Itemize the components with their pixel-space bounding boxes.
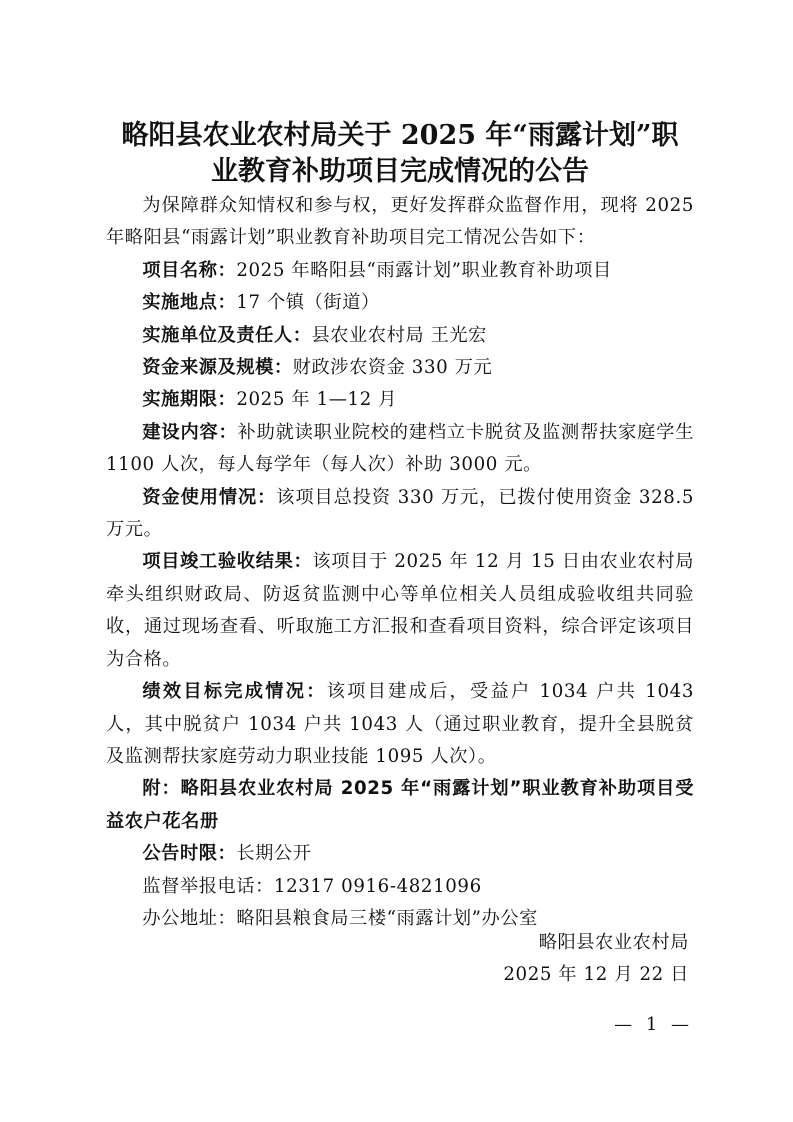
- field-value: 2025 年略阳县“雨露计划”职业教育补助项目: [236, 260, 611, 281]
- field-period: 实施期限：2025 年 1—12 月: [106, 384, 694, 416]
- signature-date: 2025 年 12 月 22 日: [399, 960, 689, 986]
- field-label: 建设内容：: [142, 422, 237, 443]
- document-body: 为保障群众知情权和参与权，更好发挥群众监督作用，现将 2025 年略阳县“雨露计…: [106, 190, 694, 935]
- field-value: 长期公开: [236, 843, 311, 864]
- field-value: 财政涉农资金 330 万元: [293, 357, 493, 378]
- signature-org: 略阳县农业农村局: [399, 928, 689, 954]
- field-location: 实施地点：17 个镇（街道）: [106, 287, 694, 319]
- field-label: 实施期限：: [142, 389, 236, 410]
- field-implementer: 实施单位及责任人：县农业农村局 王光宏: [106, 320, 694, 352]
- field-performance: 绩效目标完成情况：该项目建成后，受益户 1034 户共 1043 人，其中脱贫户…: [106, 676, 694, 773]
- field-label: 实施单位及责任人：: [142, 325, 311, 346]
- field-label: 项目竣工验收结果：: [142, 551, 312, 572]
- field-value: 县农业农村局 王光宏: [311, 325, 486, 346]
- field-funding: 资金来源及规模：财政涉农资金 330 万元: [106, 352, 694, 384]
- document-page: 略阳县农业农村局关于 2025 年“雨露计划”职 业教育补助项目完成情况的公告 …: [0, 0, 793, 1122]
- field-fund-usage: 资金使用情况：该项目总投资 330 万元，已拨付使用资金 328.5 万元。: [106, 482, 694, 547]
- page-number: — 1 —: [614, 1014, 693, 1035]
- document-title: 略阳县农业农村局关于 2025 年“雨露计划”职 业教育补助项目完成情况的公告: [100, 118, 700, 190]
- hotline: 监督举报电话：12317 0916-4821096: [106, 871, 694, 903]
- title-line-2: 业教育补助项目完成情况的公告: [100, 154, 700, 190]
- field-content: 建设内容：补助就读职业院校的建档立卡脱贫及监测帮扶家庭学生 1100 人次，每人…: [106, 417, 694, 482]
- field-label: 项目名称：: [142, 260, 236, 281]
- field-acceptance: 项目竣工验收结果：该项目于 2025 年 12 月 15 日由农业农村局牵头组织…: [106, 546, 694, 676]
- field-project-name: 项目名称：2025 年略阳县“雨露计划”职业教育补助项目: [106, 255, 694, 287]
- title-line-1: 略阳县农业农村局关于 2025 年“雨露计划”职: [100, 118, 700, 154]
- field-label: 资金来源及规模：: [142, 357, 292, 378]
- notice-period: 公告时限：长期公开: [106, 838, 694, 870]
- field-label: 实施地点：: [142, 292, 236, 313]
- field-label: 资金使用情况：: [142, 487, 276, 508]
- intro-paragraph: 为保障群众知情权和参与权，更好发挥群众监督作用，现将 2025 年略阳县“雨露计…: [106, 190, 694, 255]
- field-label: 绩效目标完成情况：: [142, 681, 326, 702]
- attachment-note: 附：略阳县农业农村局 2025 年“雨露计划”职业教育补助项目受益农户花名册: [106, 773, 694, 838]
- field-label: 公告时限：: [142, 843, 236, 864]
- field-value: 2025 年 1—12 月: [236, 389, 397, 410]
- field-value: 17 个镇（街道）: [236, 292, 379, 313]
